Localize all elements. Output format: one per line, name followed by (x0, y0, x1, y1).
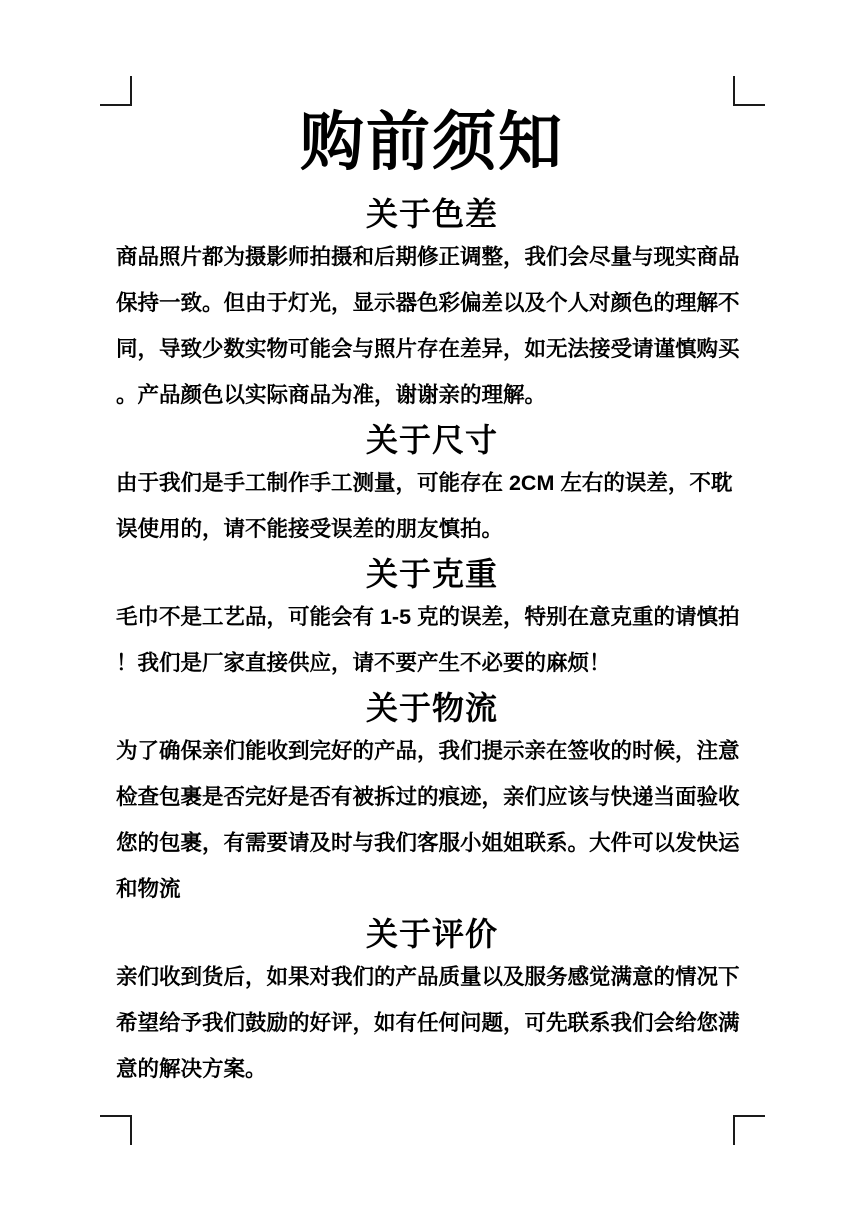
corner-mark-top-left-icon (100, 76, 132, 106)
pre-purchase-notice-page: 购前须知 关于色差 商品照片都为摄影师拍摄和后期修正调整，我们会尽量与现实商品保… (0, 0, 864, 1222)
body-logistics: 为了确保亲们能收到完好的产品，我们提示亲在签收的时候，注意检查包裹是否完好是否有… (116, 728, 748, 912)
section-color-difference: 关于色差 商品照片都为摄影师拍摄和后期修正调整，我们会尽量与现实商品保持一致。但… (116, 194, 748, 418)
heading-review: 关于评价 (116, 914, 748, 954)
section-logistics: 关于物流 为了确保亲们能收到完好的产品，我们提示亲在签收的时候，注意检查包裹是否… (116, 688, 748, 912)
body-size: 由于我们是手工制作手工测量，可能存在 2CM 左右的误差，不耽误使用的，请不能接… (116, 460, 748, 552)
heading-logistics: 关于物流 (116, 688, 748, 728)
heading-color-difference: 关于色差 (116, 194, 748, 234)
body-review: 亲们收到货后，如果对我们的产品质量以及服务感觉满意的情况下希望给予我们鼓励的好评… (116, 954, 748, 1092)
corner-mark-bottom-right-icon (733, 1115, 765, 1145)
heading-size: 关于尺寸 (116, 420, 748, 460)
body-weight: 毛巾不是工艺品，可能会有 1-5 克的误差，特别在意克重的请慎拍！我们是厂家直接… (116, 594, 748, 686)
corner-mark-top-right-icon (733, 76, 765, 106)
body-color-difference: 商品照片都为摄影师拍摄和后期修正调整，我们会尽量与现实商品保持一致。但由于灯光，… (116, 234, 748, 418)
page-title: 购前须知 (116, 106, 748, 178)
corner-mark-bottom-left-icon (100, 1115, 132, 1145)
section-weight: 关于克重 毛巾不是工艺品，可能会有 1-5 克的误差，特别在意克重的请慎拍！我们… (116, 554, 748, 686)
section-size: 关于尺寸 由于我们是手工制作手工测量，可能存在 2CM 左右的误差，不耽误使用的… (116, 420, 748, 552)
notice-content: 购前须知 关于色差 商品照片都为摄影师拍摄和后期修正调整，我们会尽量与现实商品保… (116, 0, 748, 1092)
heading-weight: 关于克重 (116, 554, 748, 594)
section-review: 关于评价 亲们收到货后，如果对我们的产品质量以及服务感觉满意的情况下希望给予我们… (116, 914, 748, 1092)
